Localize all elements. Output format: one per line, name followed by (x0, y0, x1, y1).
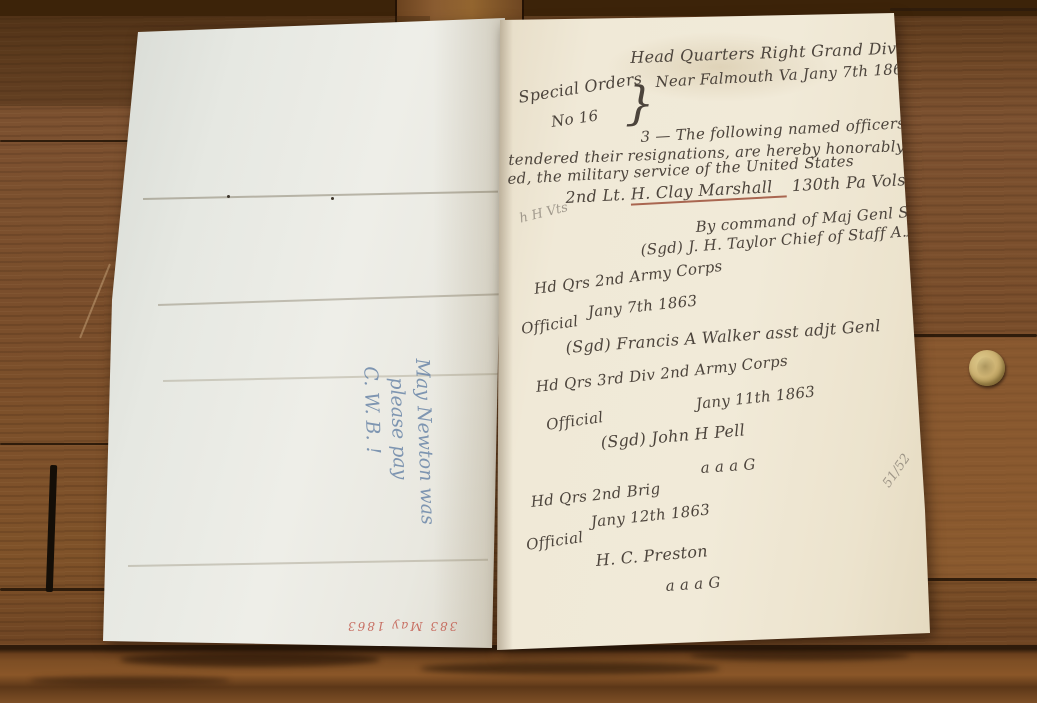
handwriting-line: Official (525, 528, 584, 554)
fold-crease (163, 373, 498, 382)
blue-note-line: May Newton was (409, 358, 441, 525)
fold-shadow (495, 12, 513, 652)
left-page-wrapper: May Newton was please pay C. W. B. ! 383… (103, 18, 505, 648)
pencil-margin-note: 51/52 (880, 451, 914, 490)
fold-crease (128, 559, 488, 567)
floor-dark-smear (120, 652, 380, 667)
blue-pencil-note: May Newton was please pay C. W. B. ! (357, 358, 441, 527)
right-page: Head Quarters Right Grand Division Near … (495, 12, 935, 652)
paper-speck (331, 197, 334, 200)
plank-seam (918, 578, 1037, 581)
pencil-scribble: h H Vts (518, 200, 569, 226)
handwriting-line: a a a G (665, 573, 721, 595)
handwriting-line: a a a G (700, 455, 756, 477)
floor-dark-smear (30, 676, 230, 685)
handwriting-line: (Sgd) John H Pell (600, 420, 746, 452)
handwriting-line: Official (545, 408, 604, 434)
fold-crease (158, 293, 503, 306)
floor-dark-smear (420, 662, 720, 675)
plank-seam (0, 443, 112, 445)
handwriting-line: Hd Qrs 2nd Brig (530, 479, 661, 510)
coin (969, 350, 1005, 386)
red-docket-note: 383 May 1863 (346, 619, 457, 633)
photo-of-document: May Newton was please pay C. W. B. ! 383… (0, 0, 1037, 703)
officer-name: H. Clay Marshall (630, 176, 787, 205)
plank-seam (890, 8, 1037, 11)
handwriting-line: No 16 (550, 106, 600, 130)
handwriting-line: Official (520, 312, 579, 338)
fold-crease (143, 191, 498, 200)
officer-rank: 2nd Lt. (565, 185, 626, 207)
handwriting-line: (Sgd) Francis A Walker asst adjt Genl (565, 316, 881, 357)
officer-unit: 130th Pa Vols (791, 170, 906, 195)
handwriting-line: Jany 11th 1863 (695, 382, 816, 412)
left-page: May Newton was please pay C. W. B. ! 383… (103, 18, 505, 648)
handwriting-line: Jany 12th 1863 (590, 500, 711, 530)
handwriting-line: H. C. Preston (595, 541, 709, 570)
paper-speck (227, 195, 230, 198)
handwriting-brace: } (625, 76, 654, 130)
handwriting-line: Jany 7th 1863 (587, 292, 698, 321)
right-page-wrapper: Head Quarters Right Grand Division Near … (495, 12, 935, 652)
